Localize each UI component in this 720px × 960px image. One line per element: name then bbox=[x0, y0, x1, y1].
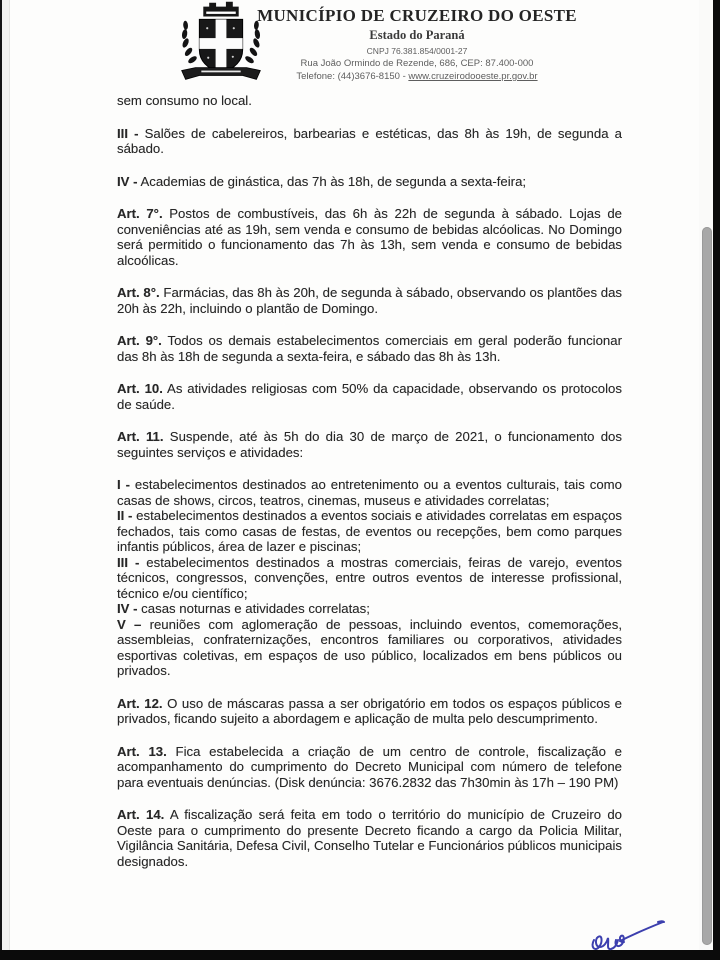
paragraph-text: estabelecimentos destinados a mostras co… bbox=[117, 555, 622, 601]
paragraph-lead: Art. 10. bbox=[117, 381, 163, 396]
paragraph-lead: IV - bbox=[117, 174, 138, 189]
decree-text: sem consumo no local. III - Salões de ca… bbox=[117, 93, 622, 886]
paragraph-text: reuniões com aglomeração de pessoas, inc… bbox=[117, 617, 622, 679]
paragraph-text: A fiscalização será feita em todo o terr… bbox=[117, 807, 622, 869]
paragraph-lead: IV - bbox=[117, 601, 138, 616]
paragraph-text: Academias de ginástica, das 7h às 18h, d… bbox=[138, 174, 527, 189]
article-8: Art. 8°. Farmácias, das 8h às 20h, de se… bbox=[117, 285, 622, 316]
paragraph-text: Todos os demais estabelecimentos comerci… bbox=[117, 333, 622, 364]
article-14: Art. 14. A fiscalização será feita em to… bbox=[117, 807, 622, 869]
org-subtitle: Estado do Paraná bbox=[252, 28, 582, 43]
item-iv-gyms: IV - Academias de ginástica, das 7h às 1… bbox=[117, 174, 622, 190]
item-iii-salons: III - Salões de cabelereiros, barbearias… bbox=[117, 126, 622, 157]
article-10: Art. 10. As atividades religiosas com 50… bbox=[117, 381, 622, 412]
page-left-edge-shadow bbox=[2, 0, 10, 960]
org-cnpj: CNPJ 76.381.854/0001-27 bbox=[252, 46, 582, 56]
paragraph-text: Farmácias, das 8h às 20h, de segunda à s… bbox=[117, 285, 622, 316]
right-frame-bar bbox=[713, 0, 720, 960]
paragraph-lead: II - bbox=[117, 508, 132, 523]
paragraph-lead: Art. 11. bbox=[117, 429, 164, 444]
paragraph-text: Salões de cabelereiros, barbearias e est… bbox=[117, 126, 622, 157]
org-phone: Telefone: (44)3676-8150 - bbox=[296, 71, 408, 82]
paragraph-lead: III - bbox=[117, 126, 139, 141]
paragraph-lead: III - bbox=[117, 555, 139, 570]
article-11: Art. 11. Suspende, até às 5h do dia 30 d… bbox=[117, 429, 622, 460]
article-11-item-i: I - estabelecimentos destinados ao entre… bbox=[117, 477, 622, 508]
paragraph-lead: V – bbox=[117, 617, 141, 632]
paragraph-text: estabelecimentos destinados ao entreteni… bbox=[117, 477, 622, 508]
paragraph-lead: Art. 12. bbox=[117, 696, 163, 711]
scanned-document-page: MUNICÍPIO DE CRUZEIRO DO OESTE Estado do… bbox=[0, 0, 720, 960]
org-website-link: www.cruzeirodooeste.pr.gov.br bbox=[408, 71, 537, 82]
paragraph-text: Suspende, até às 5h do dia 30 de março d… bbox=[117, 429, 622, 460]
article-9: Art. 9°. Todos os demais estabelecimento… bbox=[117, 333, 622, 364]
paragraph-lead: Art. 9°. bbox=[117, 333, 162, 348]
org-phone-line: Telefone: (44)3676-8150 - www.cruzeirodo… bbox=[252, 71, 582, 82]
article-11-item-iv: IV - casas noturnas e atividades correla… bbox=[117, 601, 622, 617]
letterhead: MUNICÍPIO DE CRUZEIRO DO OESTE Estado do… bbox=[252, 6, 582, 82]
org-address: Rua João Ormindo de Rezende, 686, CEP: 8… bbox=[252, 58, 582, 69]
article-11-item-ii: II - estabelecimentos destinados a event… bbox=[117, 508, 622, 555]
paragraph-lead: Art. 8°. bbox=[117, 285, 160, 300]
paragraph-text: Fica estabelecida a criação de um centro… bbox=[117, 744, 622, 790]
article-12: Art. 12. O uso de máscaras passa a ser o… bbox=[117, 696, 622, 727]
paragraph-text: O uso de máscaras passa a ser obrigatóri… bbox=[117, 696, 622, 727]
paragraph-lead: Art. 7°. bbox=[117, 206, 163, 221]
paragraph-fragment: sem consumo no local. bbox=[117, 93, 622, 109]
paragraph-text: Postos de combustíveis, das 6h às 22h de… bbox=[117, 206, 622, 268]
signature-icon bbox=[586, 914, 670, 956]
article-13: Art. 13. Fica estabelecida a criação de … bbox=[117, 744, 622, 791]
paragraph-text: As atividades religiosas com 50% da capa… bbox=[117, 381, 622, 412]
paragraph-text: estabelecimentos destinados a eventos so… bbox=[117, 508, 622, 554]
article-11-item-v: V – reuniões com aglomeração de pessoas,… bbox=[117, 617, 622, 679]
paragraph-lead: Art. 13. bbox=[117, 744, 167, 759]
signature-initials bbox=[586, 914, 670, 956]
paragraph-text: casas noturnas e atividades correlatas; bbox=[138, 601, 370, 616]
paragraph-text: sem consumo no local. bbox=[117, 93, 252, 108]
org-title: MUNICÍPIO DE CRUZEIRO DO OESTE bbox=[252, 6, 582, 26]
article-7: Art. 7°. Postos de combustíveis, das 6h … bbox=[117, 206, 622, 268]
article-11-item-iii: III - estabelecimentos destinados a most… bbox=[117, 555, 622, 602]
paragraph-lead: Art. 14. bbox=[117, 807, 164, 822]
paragraph-lead: I - bbox=[117, 477, 130, 492]
scrollbar-thumb[interactable] bbox=[702, 227, 712, 945]
